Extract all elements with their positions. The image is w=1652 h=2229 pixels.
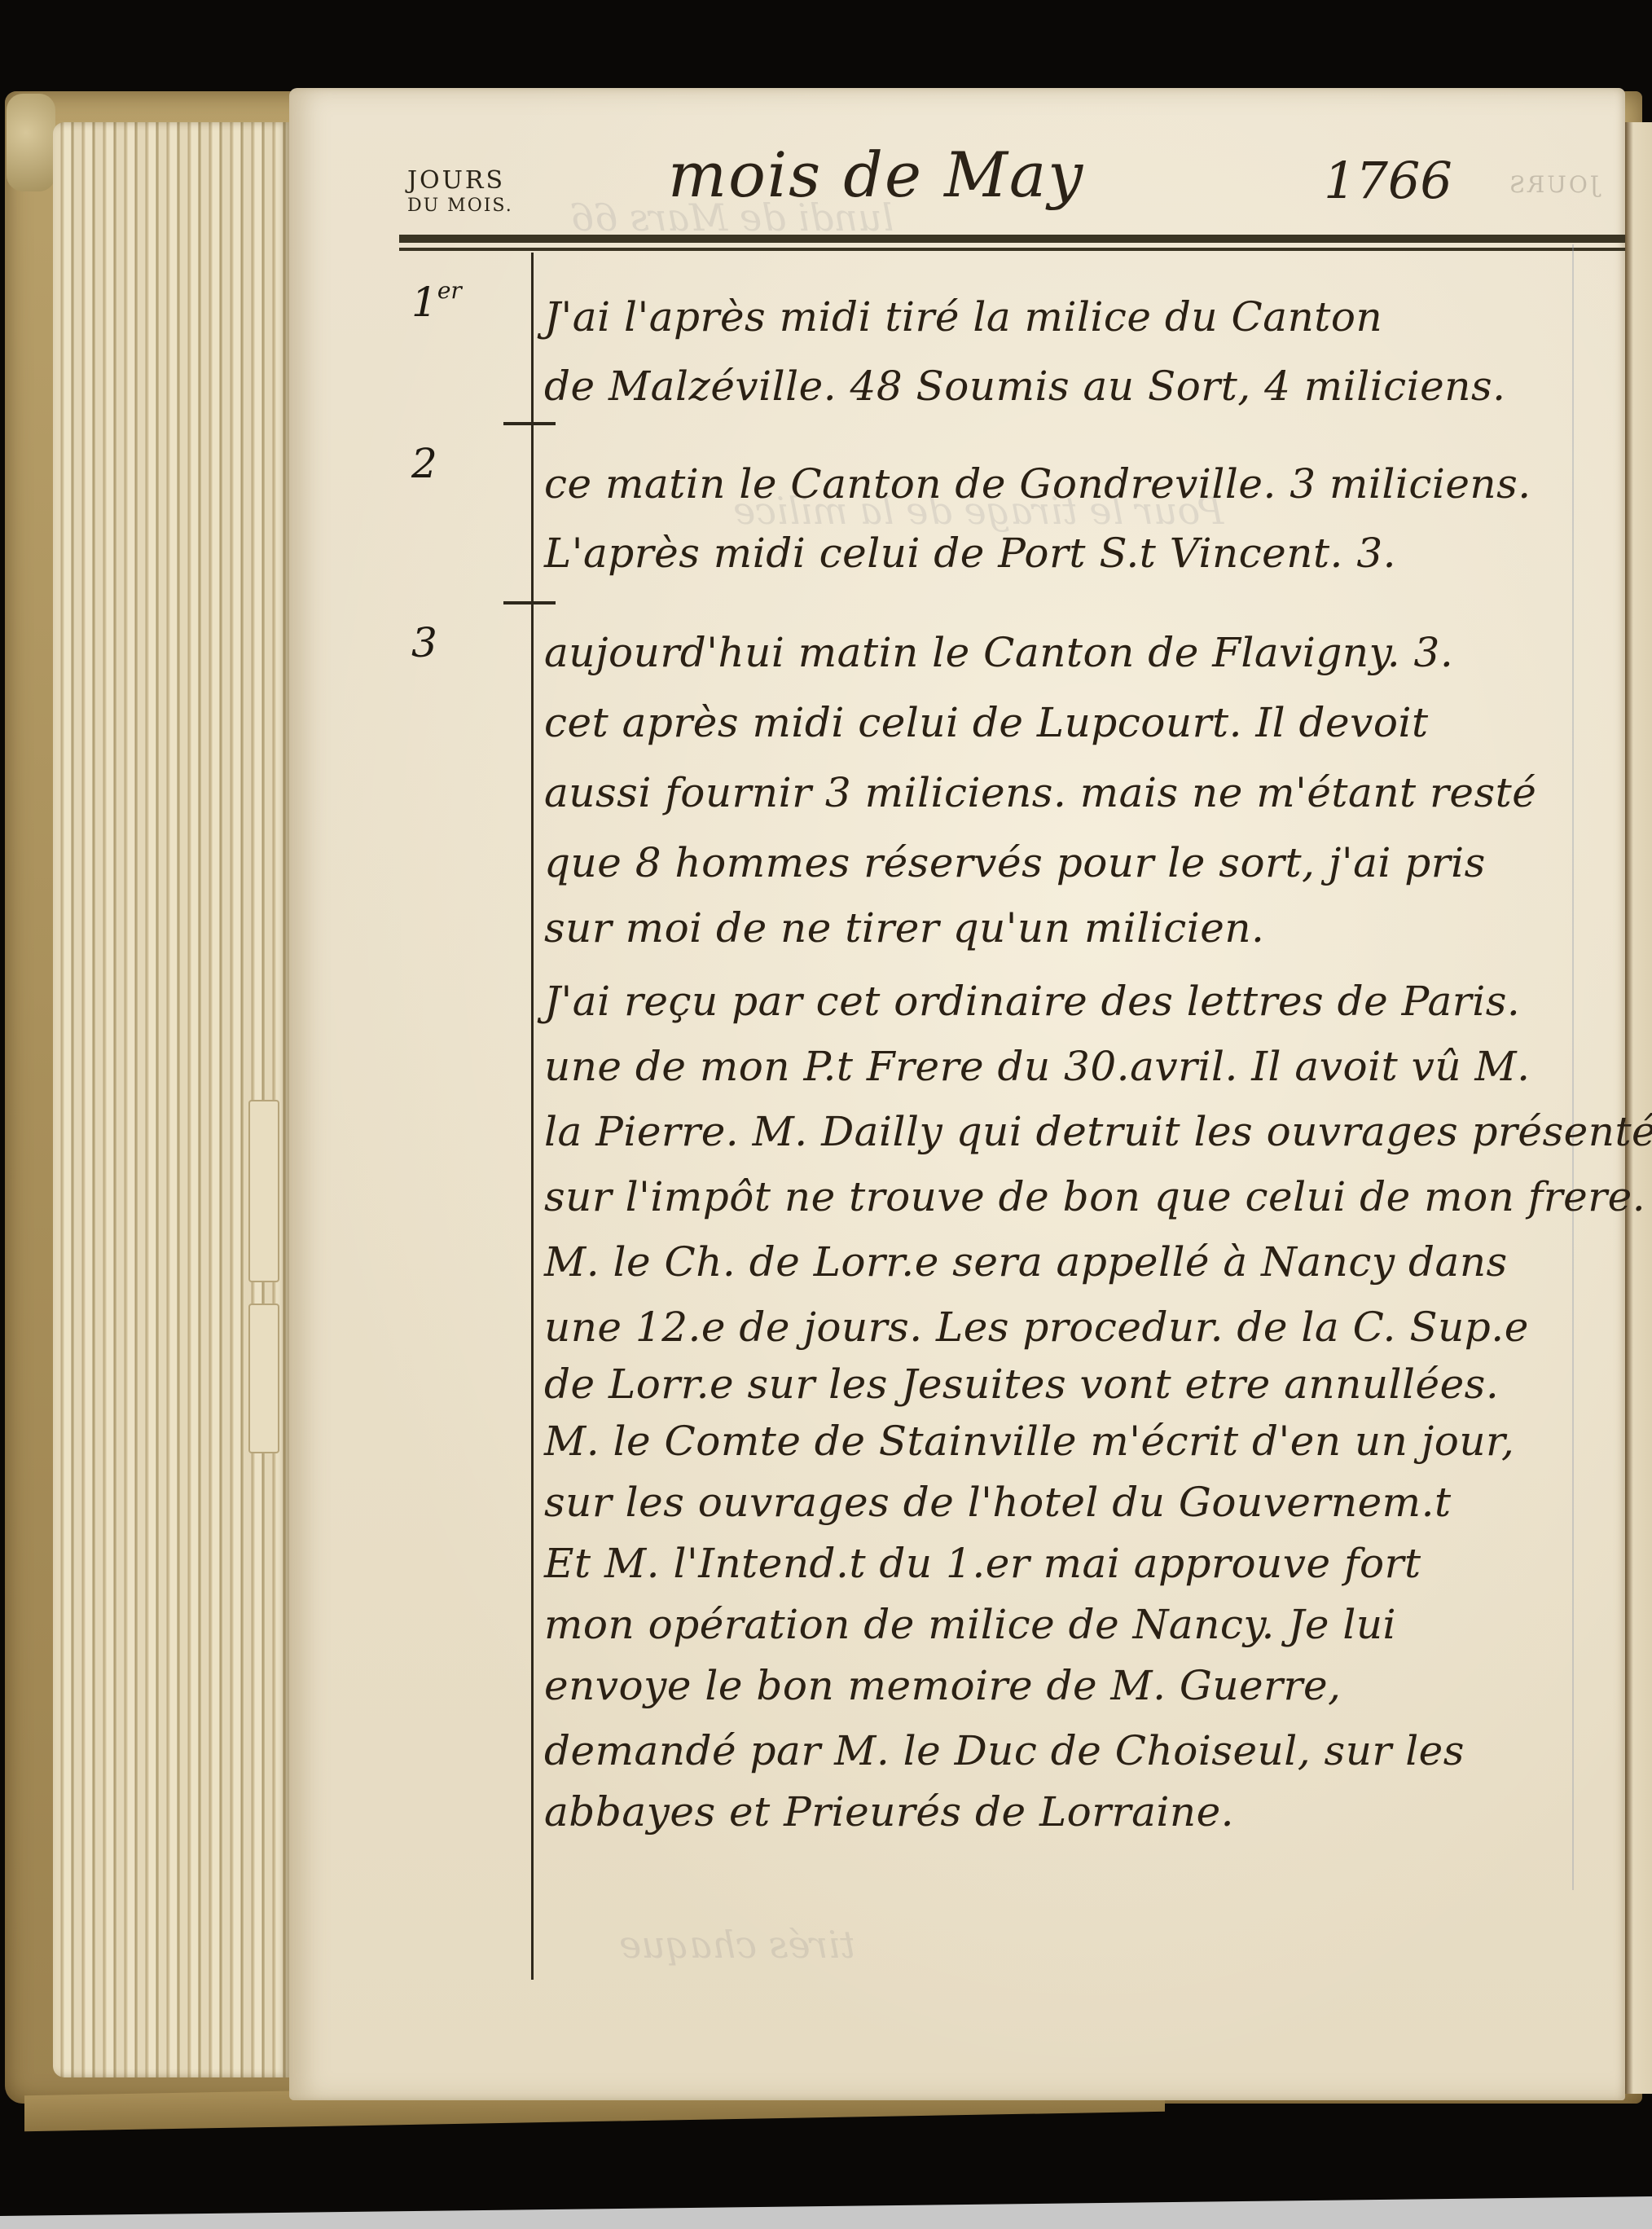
entry-line: que 8 hommes réservés pour le sort, j'ai… [544, 839, 1486, 886]
year: 1766 [1324, 151, 1452, 210]
column-label-line2: DU MOIS. [407, 196, 513, 216]
bleed-through-text: tirés chaque [619, 1923, 855, 1967]
day-number: 1er [411, 277, 462, 326]
entry-line: de Lorr.e sur les Jesuites vont etre ann… [544, 1361, 1499, 1408]
entry-line: ce matin le Canton de Gondreville. 3 mil… [544, 460, 1531, 508]
entry-line: de Malzéville. 48 Soumis au Sort, 4 mili… [544, 363, 1506, 410]
mirrored-column-label: JOURS [1507, 171, 1599, 198]
entry-line: M. le Ch. de Lorr.e sera appellé à Nancy… [544, 1238, 1508, 1286]
header-rule-thick [399, 235, 1625, 243]
day-number-suffix: er [437, 277, 462, 304]
entry-line: Et M. l'Intend.t du 1.er mai approuve fo… [544, 1540, 1421, 1587]
entry-line: aussi fournir 3 miliciens. mais ne m'éta… [544, 769, 1536, 816]
day-separator-tick [503, 422, 556, 425]
entry-line: envoye le bon memoire de M. Guerre, [544, 1662, 1341, 1709]
page-block-stack [53, 122, 289, 2077]
entry-line: la Pierre. M. Dailly qui detruit les ouv… [544, 1108, 1652, 1155]
column-label-line1: JOURS [407, 167, 513, 196]
month-title: mois de May [668, 138, 1084, 211]
entry-line: aujourd'hui matin le Canton de Flavigny.… [544, 629, 1453, 676]
entry-line: sur moi de ne tirer qu'un milicien. [544, 904, 1264, 952]
entry-line: cet après midi celui de Lupcourt. Il dev… [544, 699, 1429, 746]
entry-line: sur l'impôt ne trouve de bon que celui d… [544, 1173, 1645, 1220]
day-number-value: 1 [411, 279, 437, 326]
day-number-value: 2 [411, 440, 437, 487]
page-tab [248, 1304, 279, 1453]
entry-line: mon opération de milice de Nancy. Je lui [544, 1601, 1396, 1648]
day-number: 3 [411, 619, 437, 666]
entry-line: L'après midi celui de Port S.t Vincent. … [544, 530, 1396, 577]
entry-line: M. le Comte de Stainville m'écrit d'en u… [544, 1418, 1514, 1465]
header-rule-thin [399, 248, 1625, 251]
binding-corner [7, 94, 55, 191]
scan-background-strip [0, 2196, 1652, 2229]
day-column-divider [531, 253, 534, 1980]
entry-line: demandé par M. le Duc de Choiseul, sur l… [544, 1727, 1465, 1774]
page-tab [248, 1100, 279, 1282]
day-number: 2 [411, 440, 437, 487]
faint-margin-line [1572, 244, 1574, 1890]
days-of-month-column-label: JOURS DU MOIS. [407, 167, 513, 216]
entry-line: une de mon P.t Frere du 30.avril. Il avo… [544, 1043, 1531, 1090]
day-number-value: 3 [411, 619, 437, 666]
entry-line: abbayes et Prieurés de Lorraine. [544, 1788, 1234, 1836]
entry-line: une 12.e de jours. Les procedur. de la C… [544, 1304, 1529, 1351]
entry-line: J'ai l'après midi tiré la milice du Cant… [544, 293, 1382, 341]
entry-line: sur les ouvrages de l'hotel du Gouvernem… [544, 1479, 1452, 1526]
day-separator-tick [503, 601, 556, 605]
entry-line: J'ai reçu par cet ordinaire des lettres … [544, 978, 1520, 1025]
